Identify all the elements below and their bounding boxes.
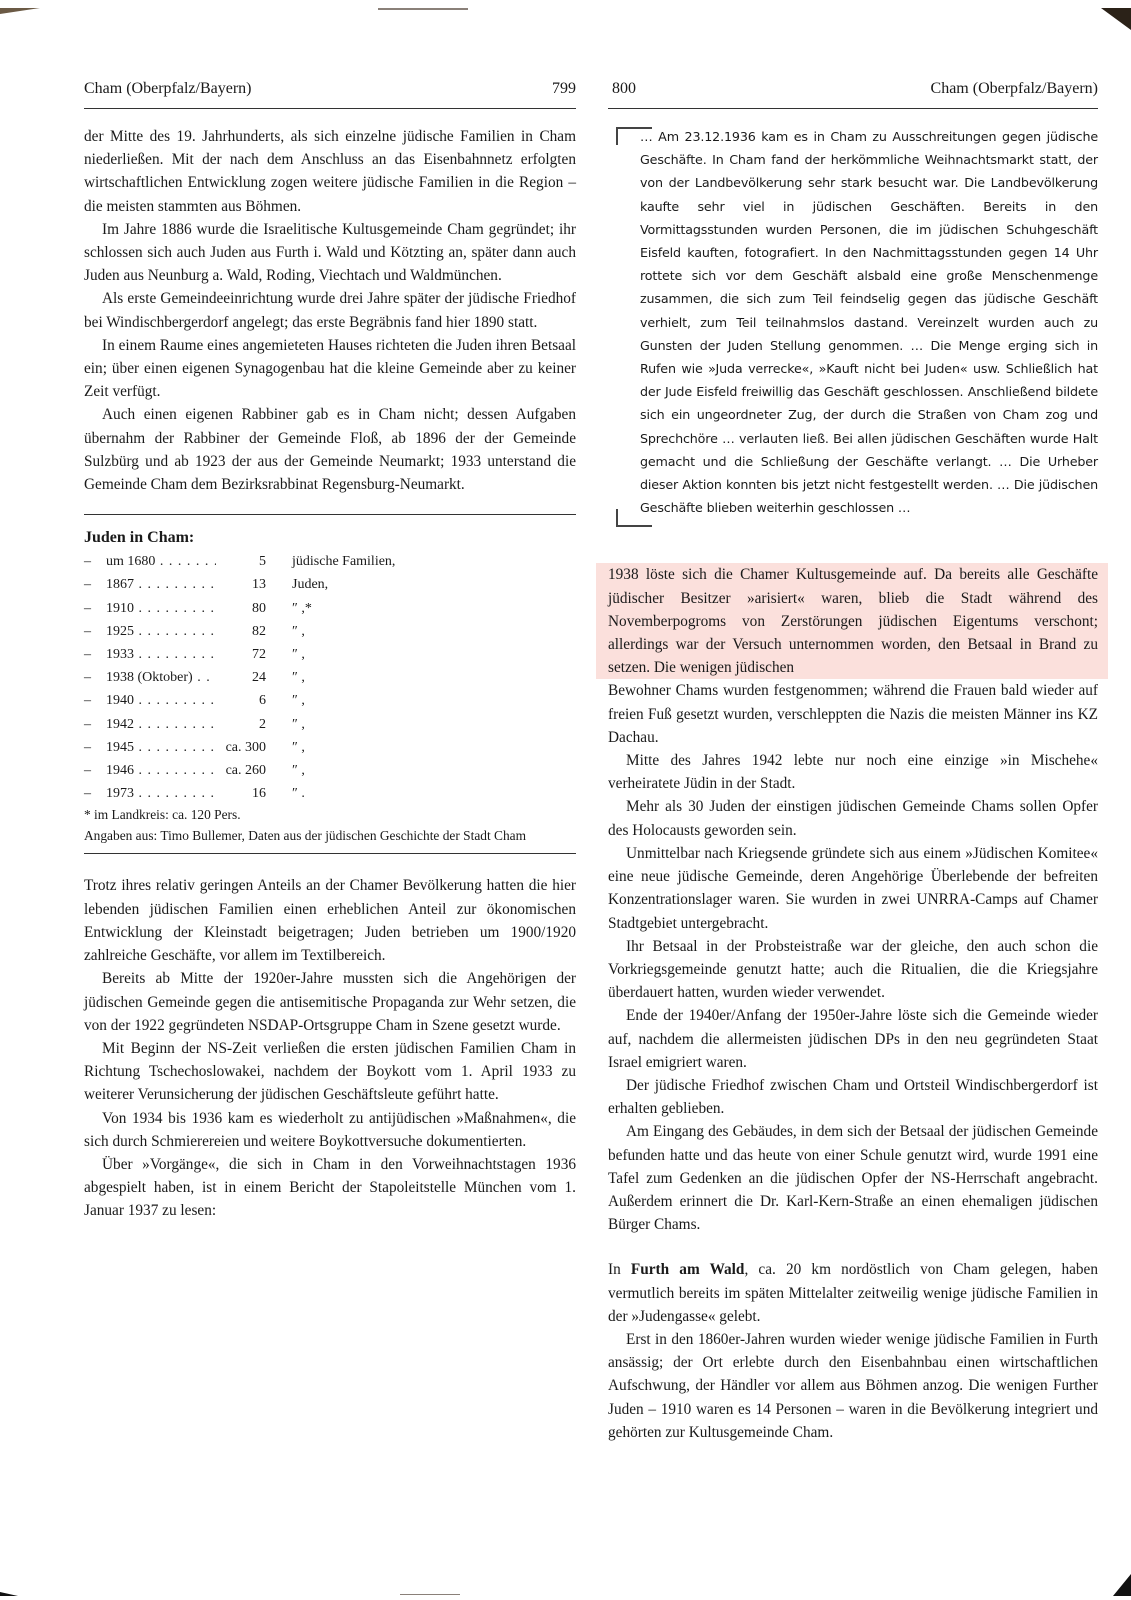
statistics-dash: – [84,713,106,736]
statistics-year: 1940 [106,689,216,712]
statistics-dash: – [84,689,106,712]
statistics-value: 82 [216,620,266,643]
statistics-box: Juden in Cham: –um 16805jüdische Familie… [84,529,576,847]
statistics-unit: ″ , [266,666,432,689]
paragraph: der Mitte des 19. Jahrhunderts, als sich… [84,125,576,218]
paragraph: Über »Vorgänge«, die sich in Cham in den… [84,1153,576,1223]
paragraph: Trotz ihres relativ geringen Anteils an … [84,874,576,967]
statistics-source: Angaben aus: Timo Bullemer, Daten aus de… [84,825,576,847]
scan-corner-top-left [0,8,40,14]
statistics-value: ca. 260 [216,759,266,782]
right-page: 800 Cham (Oberpfalz/Bayern) … Am 23.12.1… [608,80,1098,1444]
scan-corner-bottom-left [0,1592,18,1596]
statistics-value: ca. 300 [216,736,266,759]
statistics-unit: ″ , [266,620,432,643]
statistics-row: –197316″ . [84,782,576,805]
text-highlight: 1938 löste sich die Chamer Kultusgemeind… [596,563,1108,679]
statistics-title: Juden in Cham: [84,529,576,547]
statistics-value: 24 [216,666,266,689]
statistics-row: –um 16805jüdische Familien, [84,550,576,573]
paragraph: In einem Raume eines angemieteten Hauses… [84,334,576,404]
statistics-year: 1945 [106,736,216,759]
statistics-year: 1938 (Oktober) [106,666,216,689]
statistics-year: 1910 [106,597,216,620]
place-name-furth: Furth am Wald [631,1261,745,1278]
running-header-right: 800 Cham (Oberpfalz/Bayern) [608,80,1098,109]
statistics-dash: – [84,759,106,782]
quote-text: … Am 23.12.1936 kam es in Cham zu Aussch… [640,125,1098,519]
statistics-value: 80 [216,597,266,620]
statistics-value: 6 [216,689,266,712]
statistics-unit: Juden, [266,573,432,596]
text-span: In [608,1261,631,1278]
paragraph: Mehr als 30 Juden der einstigen jüdische… [608,795,1098,841]
statistics-value: 2 [216,713,266,736]
paragraph-continuation: Bewohner Chams wurden festgenommen; währ… [608,682,1098,745]
paragraph: Am Eingang des Gebäudes, in dem sich der… [608,1120,1098,1236]
highlighted-paragraph: 1938 löste sich die Chamer Kultusgemeind… [608,563,1098,749]
statistics-row: –19406″ , [84,689,576,712]
statistics-unit: ″ ,* [266,597,432,620]
statistics-row: –186713Juden, [84,573,576,596]
statistics-dash: – [84,573,106,596]
statistics-year: 1946 [106,759,216,782]
statistics-unit: jüdische Familien, [266,550,432,573]
paragraph: Erst in den 1860er-Jahren wurden wieder … [608,1328,1098,1444]
scan-corner-bottom-right [1113,1574,1131,1596]
scan-artifact-top [378,8,468,10]
statistics-year: 1973 [106,782,216,805]
furth-intro-paragraph: In Furth am Wald, ca. 20 km nordöstlich … [608,1258,1098,1328]
statistics-unit: ″ , [266,736,432,759]
page-number: 800 [612,80,636,98]
statistics-row: –192582″ , [84,620,576,643]
statistics-dash: – [84,550,106,573]
paragraph: Von 1934 bis 1936 kam es wiederholt zu a… [84,1107,576,1153]
page-number: 799 [552,80,576,98]
paragraph: Mit Beginn der NS-Zeit verließen die ers… [84,1037,576,1107]
statistics-year: 1933 [106,643,216,666]
divider [84,514,576,515]
scan-artifact-bottom [400,1594,460,1595]
running-header-title: Cham (Oberpfalz/Bayern) [84,80,251,98]
quote-block: … Am 23.12.1936 kam es in Cham zu Aussch… [608,125,1098,519]
statistics-dash: – [84,597,106,620]
statistics-unit: ″ . [266,782,432,805]
scan-corner-top-right [1101,8,1131,30]
statistics-value: 72 [216,643,266,666]
paragraph: Ihr Betsaal in der Probsteistraße war de… [608,935,1098,1005]
statistics-list: –um 16805jüdische Familien,–186713Juden,… [84,550,576,805]
statistics-value: 5 [216,550,266,573]
statistics-value: 13 [216,573,266,596]
statistics-dash: – [84,736,106,759]
statistics-year: 1942 [106,713,216,736]
statistics-unit: ″ , [266,689,432,712]
left-page: Cham (Oberpfalz/Bayern) 799 der Mitte de… [84,80,576,1223]
statistics-value: 16 [216,782,266,805]
statistics-row: –193372″ , [84,643,576,666]
paragraph: Auch einen eigenen Rabbiner gab es in Ch… [84,403,576,496]
paragraph: Im Jahre 1886 wurde die Israelitische Ku… [84,218,576,288]
statistics-year: 1867 [106,573,216,596]
statistics-unit: ″ , [266,643,432,666]
quote-bracket-open-icon [616,127,652,145]
statistics-dash: – [84,620,106,643]
statistics-row: –1946ca. 260″ , [84,759,576,782]
statistics-year: 1925 [106,620,216,643]
paragraph: Der jüdische Friedhof zwischen Cham und … [608,1074,1098,1120]
running-header-title: Cham (Oberpfalz/Bayern) [931,80,1098,98]
statistics-unit: ″ , [266,759,432,782]
statistics-dash: – [84,782,106,805]
statistics-row: –1938 (Oktober)24″ , [84,666,576,689]
divider [84,853,576,854]
statistics-footnote: * im Landkreis: ca. 120 Pers. [84,805,576,825]
statistics-row: –191080″ ,* [84,597,576,620]
paragraph: Mitte des Jahres 1942 lebte nur noch ein… [608,749,1098,795]
statistics-row: –1945ca. 300″ , [84,736,576,759]
running-header-left: Cham (Oberpfalz/Bayern) 799 [84,80,576,109]
statistics-dash: – [84,643,106,666]
paragraph: Als erste Gemeindeeinrichtung wurde drei… [84,287,576,333]
statistics-unit: ″ , [266,713,432,736]
paragraph: Ende der 1940er/Anfang der 1950er-Jahre … [608,1004,1098,1074]
statistics-row: –19422″ , [84,713,576,736]
statistics-dash: – [84,666,106,689]
paragraph: Bereits ab Mitte der 1920er-Jahre musste… [84,967,576,1037]
quote-bracket-close-icon [616,509,652,527]
statistics-year: um 1680 [106,550,216,573]
paragraph: Unmittelbar nach Kriegsende gründete sic… [608,842,1098,935]
